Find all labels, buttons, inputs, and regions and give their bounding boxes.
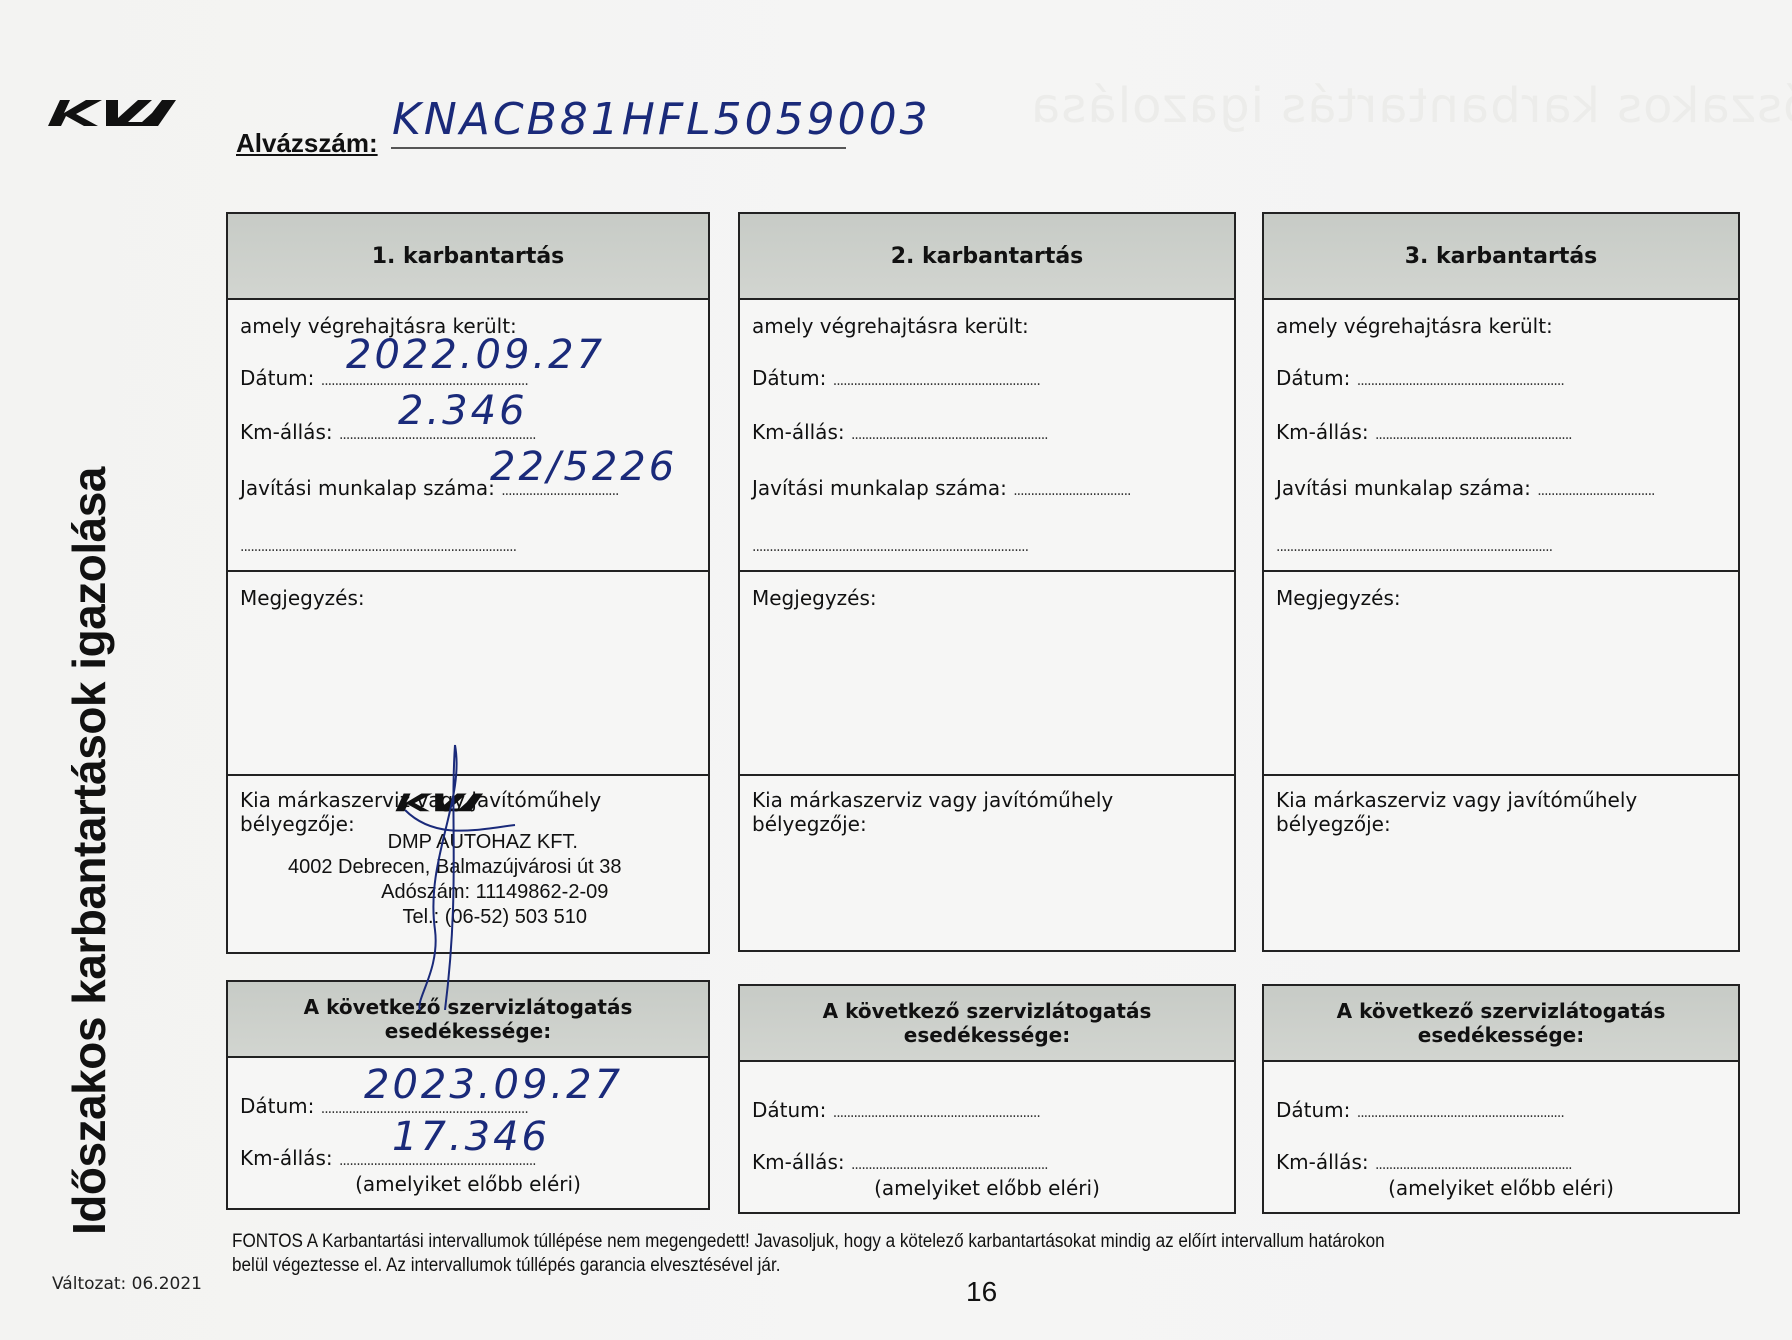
- footer-notice: FONTOS A Karbantartási intervallumok túl…: [232, 1230, 1726, 1278]
- signature-stroke: [395, 740, 525, 1010]
- note-label: Megjegyzés:: [1276, 586, 1401, 610]
- maintenance-title: 2. karbantartás: [740, 214, 1234, 300]
- extra-row: ........................................…: [752, 532, 1028, 556]
- next-date-value[interactable]: 2023.09.27: [364, 1062, 623, 1108]
- whichever-note: (amelyiket előbb eléri): [228, 1172, 708, 1196]
- vin-label: Alvázszám:: [236, 128, 378, 159]
- maintenance-title: 3. karbantartás: [1264, 214, 1738, 300]
- whichever-note: (amelyiket előbb eléri): [740, 1176, 1234, 1200]
- next-service-title: A következő szervizlátogatásesedékessége…: [740, 986, 1234, 1062]
- performed-label: amely végrehajtásra került:: [752, 314, 1029, 338]
- next-service-box: A következő szervizlátogatásesedékessége…: [226, 980, 710, 1210]
- date-row: Dátum: .................................…: [1276, 366, 1564, 390]
- next-km-row: Km-állás: ..............................…: [1276, 1150, 1572, 1174]
- next-km-row: Km-állás: ..............................…: [752, 1150, 1048, 1174]
- next-service-box: A következő szervizlátogatásesedékessége…: [738, 984, 1236, 1214]
- worksheet-value[interactable]: 22/5226: [490, 444, 677, 490]
- footer-line-1: FONTOS A Karbantartási intervallumok túl…: [232, 1230, 1726, 1254]
- extra-row: ........................................…: [1276, 532, 1552, 556]
- stamp-label: Kia márkaszerviz vagy javítóműhelybélyeg…: [752, 788, 1113, 836]
- vin-value[interactable]: KNACB81HFL5059003: [392, 94, 931, 145]
- maintenance-title: 1. karbantartás: [228, 214, 708, 300]
- note-label: Megjegyzés:: [240, 586, 365, 610]
- maintenance-record-box: 2. karbantartás amely végrehajtásra kerü…: [738, 212, 1236, 952]
- vin-field: Alvázszám: KNACB81HFL5059003: [236, 96, 856, 156]
- extra-row: ........................................…: [240, 532, 516, 556]
- date-value[interactable]: 2022.09.27: [346, 332, 605, 378]
- page-title: Időszakos karbantartások igazolása: [62, 467, 116, 1235]
- stamp-label: Kia márkaszerviz vagy javítóműhelybélyeg…: [1276, 788, 1637, 836]
- next-service-title: A következő szervizlátogatásesedékessége…: [1264, 986, 1738, 1062]
- date-row: Dátum: .................................…: [752, 366, 1040, 390]
- next-km-value[interactable]: 17.346: [392, 1114, 550, 1160]
- next-date-row: Dátum: .................................…: [752, 1098, 1040, 1122]
- kia-logo-icon: [46, 92, 186, 130]
- worksheet-row: Javítási munkalap száma: ...............…: [752, 476, 1131, 500]
- note-label: Megjegyzés:: [752, 586, 877, 610]
- next-date-row: Dátum: .................................…: [1276, 1098, 1564, 1122]
- next-service-box: A következő szervizlátogatásesedékessége…: [1262, 984, 1740, 1214]
- km-row: Km-állás: ..............................…: [752, 420, 1048, 444]
- page-number: 16: [966, 1276, 997, 1308]
- maintenance-record-box: 3. karbantartás amely végrehajtásra kerü…: [1262, 212, 1740, 952]
- km-row: Km-állás: ..............................…: [1276, 420, 1572, 444]
- km-value[interactable]: 2.346: [398, 388, 528, 434]
- version-label: Változat: 06.2021: [52, 1274, 202, 1294]
- whichever-note: (amelyiket előbb eléri): [1264, 1176, 1738, 1200]
- performed-label: amely végrehajtásra került:: [1276, 314, 1553, 338]
- bleed-through-text: Időszakos karbantartás igazolása: [1030, 78, 1792, 134]
- footer-line-2: belül végeztesse el. Az intervallumok tú…: [232, 1254, 1726, 1278]
- worksheet-row: Javítási munkalap száma: ...............…: [1276, 476, 1655, 500]
- vin-underline: [391, 147, 846, 149]
